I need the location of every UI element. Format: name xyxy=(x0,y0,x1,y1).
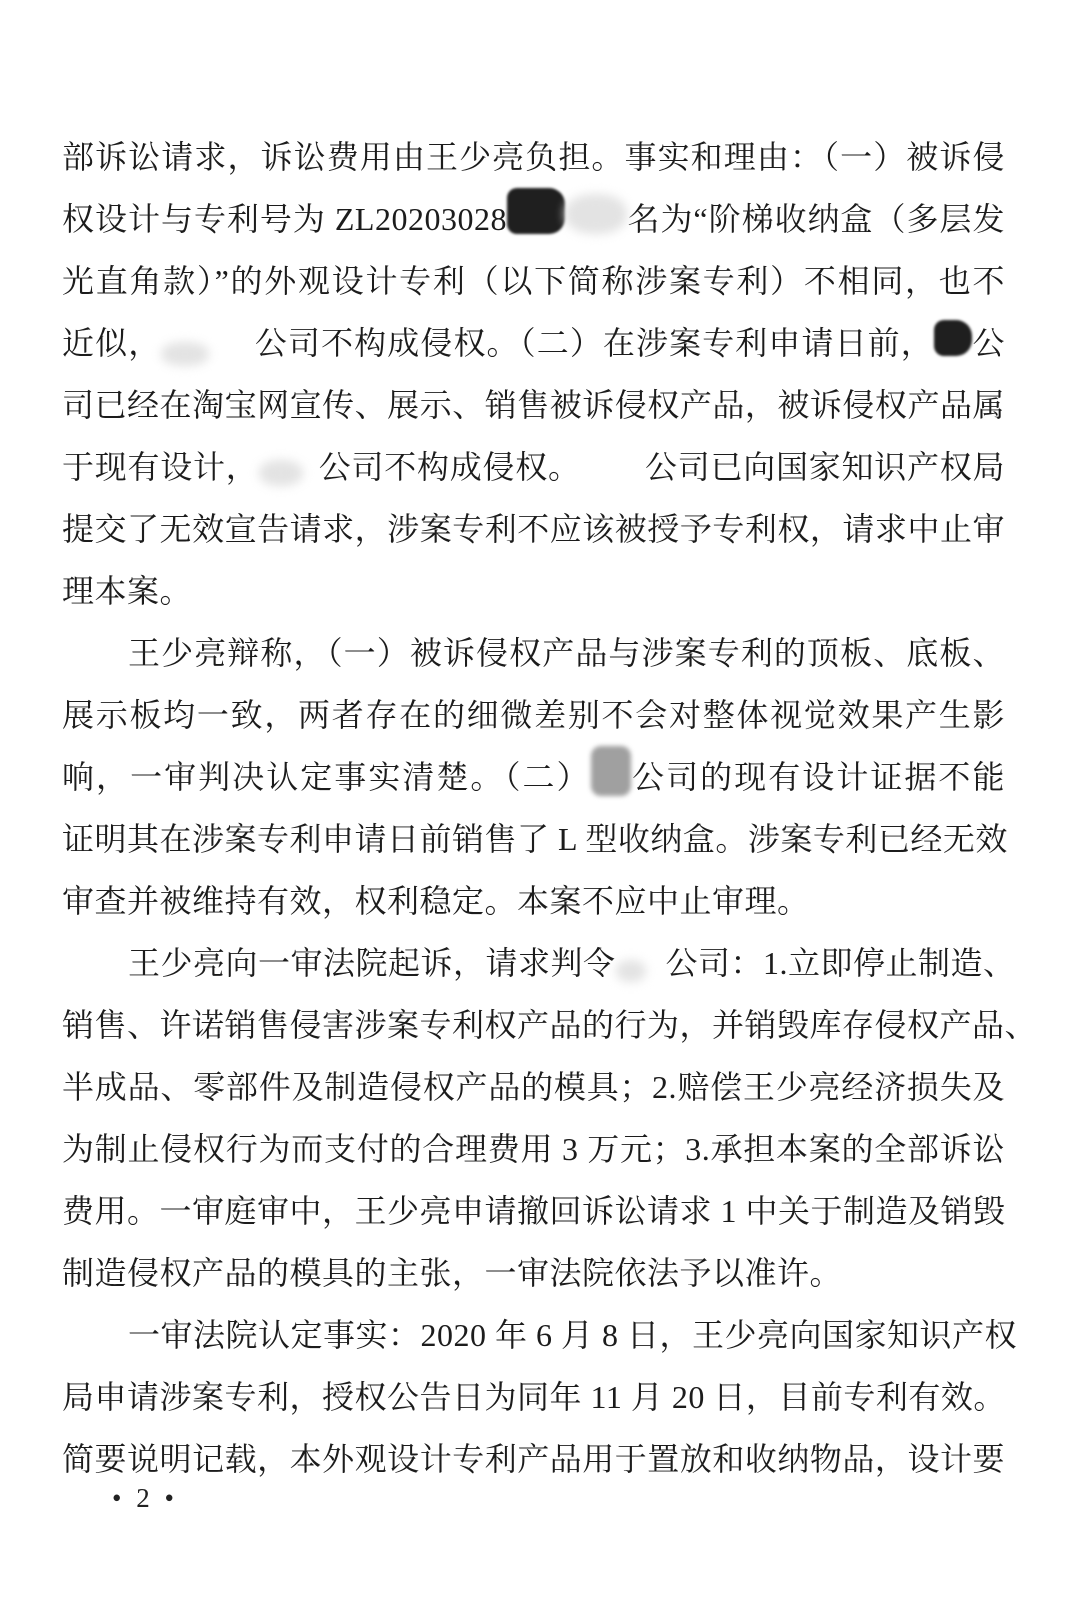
redacted-patent-digits xyxy=(507,188,565,234)
text-block: 部诉讼请求，诉讼费用由王少亮负担。事实和理由：（一）被诉侵权设计与专利号为 ZL… xyxy=(62,126,1005,1490)
doc-text: 审查并被维持有效，权利稳定。本案不应中止审理。 xyxy=(62,883,810,919)
doc-text: 证明其在涉案专利申请日前销售了 L 型收纳盒。涉案专利已经无效 xyxy=(62,821,1008,857)
doc-line: 费用。一审庭审中，王少亮申请撤回诉讼请求 1 中关于制造及销毁 xyxy=(62,1180,1005,1242)
doc-text: 公司：1.立即停止制造、 xyxy=(666,945,1016,981)
doc-line: 司已经在淘宝网宣传、展示、销售被诉侵权产品，被诉侵权产品属 xyxy=(62,374,1005,436)
doc-line: 制造侵权产品的模具的主张，一审法院依法予以准许。 xyxy=(62,1242,1005,1304)
doc-line: 王少亮向一审法院起诉，请求判令公司：1.立即停止制造、 xyxy=(62,932,1005,994)
doc-text: 公司的现有设计证据不能 xyxy=(631,759,1005,795)
doc-line: 展示板均一致，两者存在的细微差别不会对整体视觉效果产生影 xyxy=(62,684,1005,746)
doc-text: 司已经在淘宝网宣传、展示、销售被诉侵权产品，被诉侵权产品属 xyxy=(62,387,1005,423)
doc-text: 销售、许诺销售侵害涉案专利权产品的行为，并销毁库存侵权产品、 xyxy=(62,1007,1037,1043)
doc-text: 展示板均一致，两者存在的细微差别不会对整体视觉效果产生影 xyxy=(62,697,1005,733)
doc-text: 提交了无效宣告请求，涉案专利不应该被授予专利权，请求中止审 xyxy=(62,511,1005,547)
doc-text: 半成品、零部件及制造侵权产品的模具；2.赔偿王少亮经济损失及 xyxy=(62,1069,1005,1105)
doc-line: 一审法院认定事实：2020 年 6 月 8 日，王少亮向国家知识产权 xyxy=(62,1304,1005,1366)
doc-text: 为制止侵权行为而支付的合理费用 3 万元；3.承担本案的全部诉讼 xyxy=(62,1131,1005,1167)
doc-line: 证明其在涉案专利申请日前销售了 L 型收纳盒。涉案专利已经无效 xyxy=(62,808,1005,870)
doc-line: 部诉讼请求，诉讼费用由王少亮负担。事实和理由：（一）被诉侵 xyxy=(62,126,1005,188)
doc-text: 王少亮辩称，（一）被诉侵权产品与涉案专利的顶板、底板、 xyxy=(128,635,1005,671)
doc-line: 销售、许诺销售侵害涉案专利权产品的行为，并销毁库存侵权产品、 xyxy=(62,994,1005,1056)
doc-text: 公 xyxy=(972,325,1005,361)
doc-line: 王少亮辩称，（一）被诉侵权产品与涉案专利的顶板、底板、 xyxy=(62,622,1005,684)
redacted-company-name xyxy=(591,746,631,796)
erased-company-name-smudge xyxy=(161,342,209,366)
redacted-gap xyxy=(209,342,254,352)
scanned-judgment-page: 部诉讼请求，诉讼费用由王少亮负担。事实和理由：（一）被诉侵权设计与专利号为 ZL… xyxy=(0,0,1066,1599)
redacted-gap xyxy=(581,466,645,476)
doc-text: 响，一审判决认定事实清楚。（二） xyxy=(62,759,591,795)
doc-text: 理本案。 xyxy=(62,573,192,609)
redacted-company-name xyxy=(934,320,972,356)
doc-line: 为制止侵权行为而支付的合理费用 3 万元；3.承担本案的全部诉讼 xyxy=(62,1118,1005,1180)
doc-text: 于现有设计， xyxy=(62,449,259,485)
redacted-gap xyxy=(646,962,666,972)
doc-line: 于现有设计，公司不构成侵权。公司已向国家知识产权局 xyxy=(62,436,1005,498)
doc-line: 光直角款）”的外观设计专利（以下简称涉案专利）不相同，也不 xyxy=(62,250,1005,312)
doc-text: 简要说明记载，本外观设计专利产品用于置放和收纳物品，设计要 xyxy=(62,1441,1005,1477)
doc-text: 公司不构成侵权。（二）在涉案专利申请日前， xyxy=(254,325,934,361)
doc-text: 局申请涉案专利，授权公告日为同年 11 月 20 日，目前专利有效。 xyxy=(62,1379,1006,1415)
doc-text: 近似， xyxy=(62,325,161,361)
doc-line: 近似，公司不构成侵权。（二）在涉案专利申请日前，公 xyxy=(62,312,1005,374)
doc-text: 王少亮向一审法院起诉，请求判令 xyxy=(128,945,616,981)
redacted-gap xyxy=(303,466,319,476)
doc-text: 权设计与专利号为 ZL20203028 xyxy=(62,201,507,237)
doc-line: 半成品、零部件及制造侵权产品的模具；2.赔偿王少亮经济损失及 xyxy=(62,1056,1005,1118)
doc-line: 简要说明记载，本外观设计专利产品用于置放和收纳物品，设计要 xyxy=(62,1428,1005,1490)
doc-line: 审查并被维持有效，权利稳定。本案不应中止审理。 xyxy=(62,870,1005,932)
doc-text: 费用。一审庭审中，王少亮申请撤回诉讼请求 1 中关于制造及销毁 xyxy=(62,1193,1006,1229)
doc-line: 权设计与专利号为 ZL20203028名为“阶梯收纳盒（多层发 xyxy=(62,188,1005,250)
doc-line: 局申请涉案专利，授权公告日为同年 11 月 20 日，目前专利有效。 xyxy=(62,1366,1005,1428)
doc-text: 公司已向国家知识产权局 xyxy=(645,449,1005,485)
doc-text: 一审法院认定事实：2020 年 6 月 8 日，王少亮向国家知识产权 xyxy=(128,1317,1017,1353)
doc-text: 部诉讼请求，诉讼费用由王少亮负担。事实和理由：（一）被诉侵 xyxy=(62,139,1005,175)
doc-line: 响，一审判决认定事实清楚。（二）公司的现有设计证据不能 xyxy=(62,746,1005,808)
erased-company-name-smudge xyxy=(616,960,646,982)
doc-text: 制造侵权产品的模具的主张，一审法院依法予以准许。 xyxy=(62,1255,842,1291)
doc-line: 理本案。 xyxy=(62,560,1005,622)
doc-line: 提交了无效宣告请求，涉案专利不应该被授予专利权，请求中止审 xyxy=(62,498,1005,560)
erased-company-name-smudge xyxy=(259,460,303,486)
doc-text: 公司不构成侵权。 xyxy=(319,449,581,485)
doc-text: 光直角款）”的外观设计专利（以下简称涉案专利）不相同，也不 xyxy=(62,263,1005,299)
erased-smudge xyxy=(565,194,627,234)
page-number: • 2 • xyxy=(112,1478,178,1518)
doc-text: 名为“阶梯收纳盒（多层发 xyxy=(627,201,1005,237)
